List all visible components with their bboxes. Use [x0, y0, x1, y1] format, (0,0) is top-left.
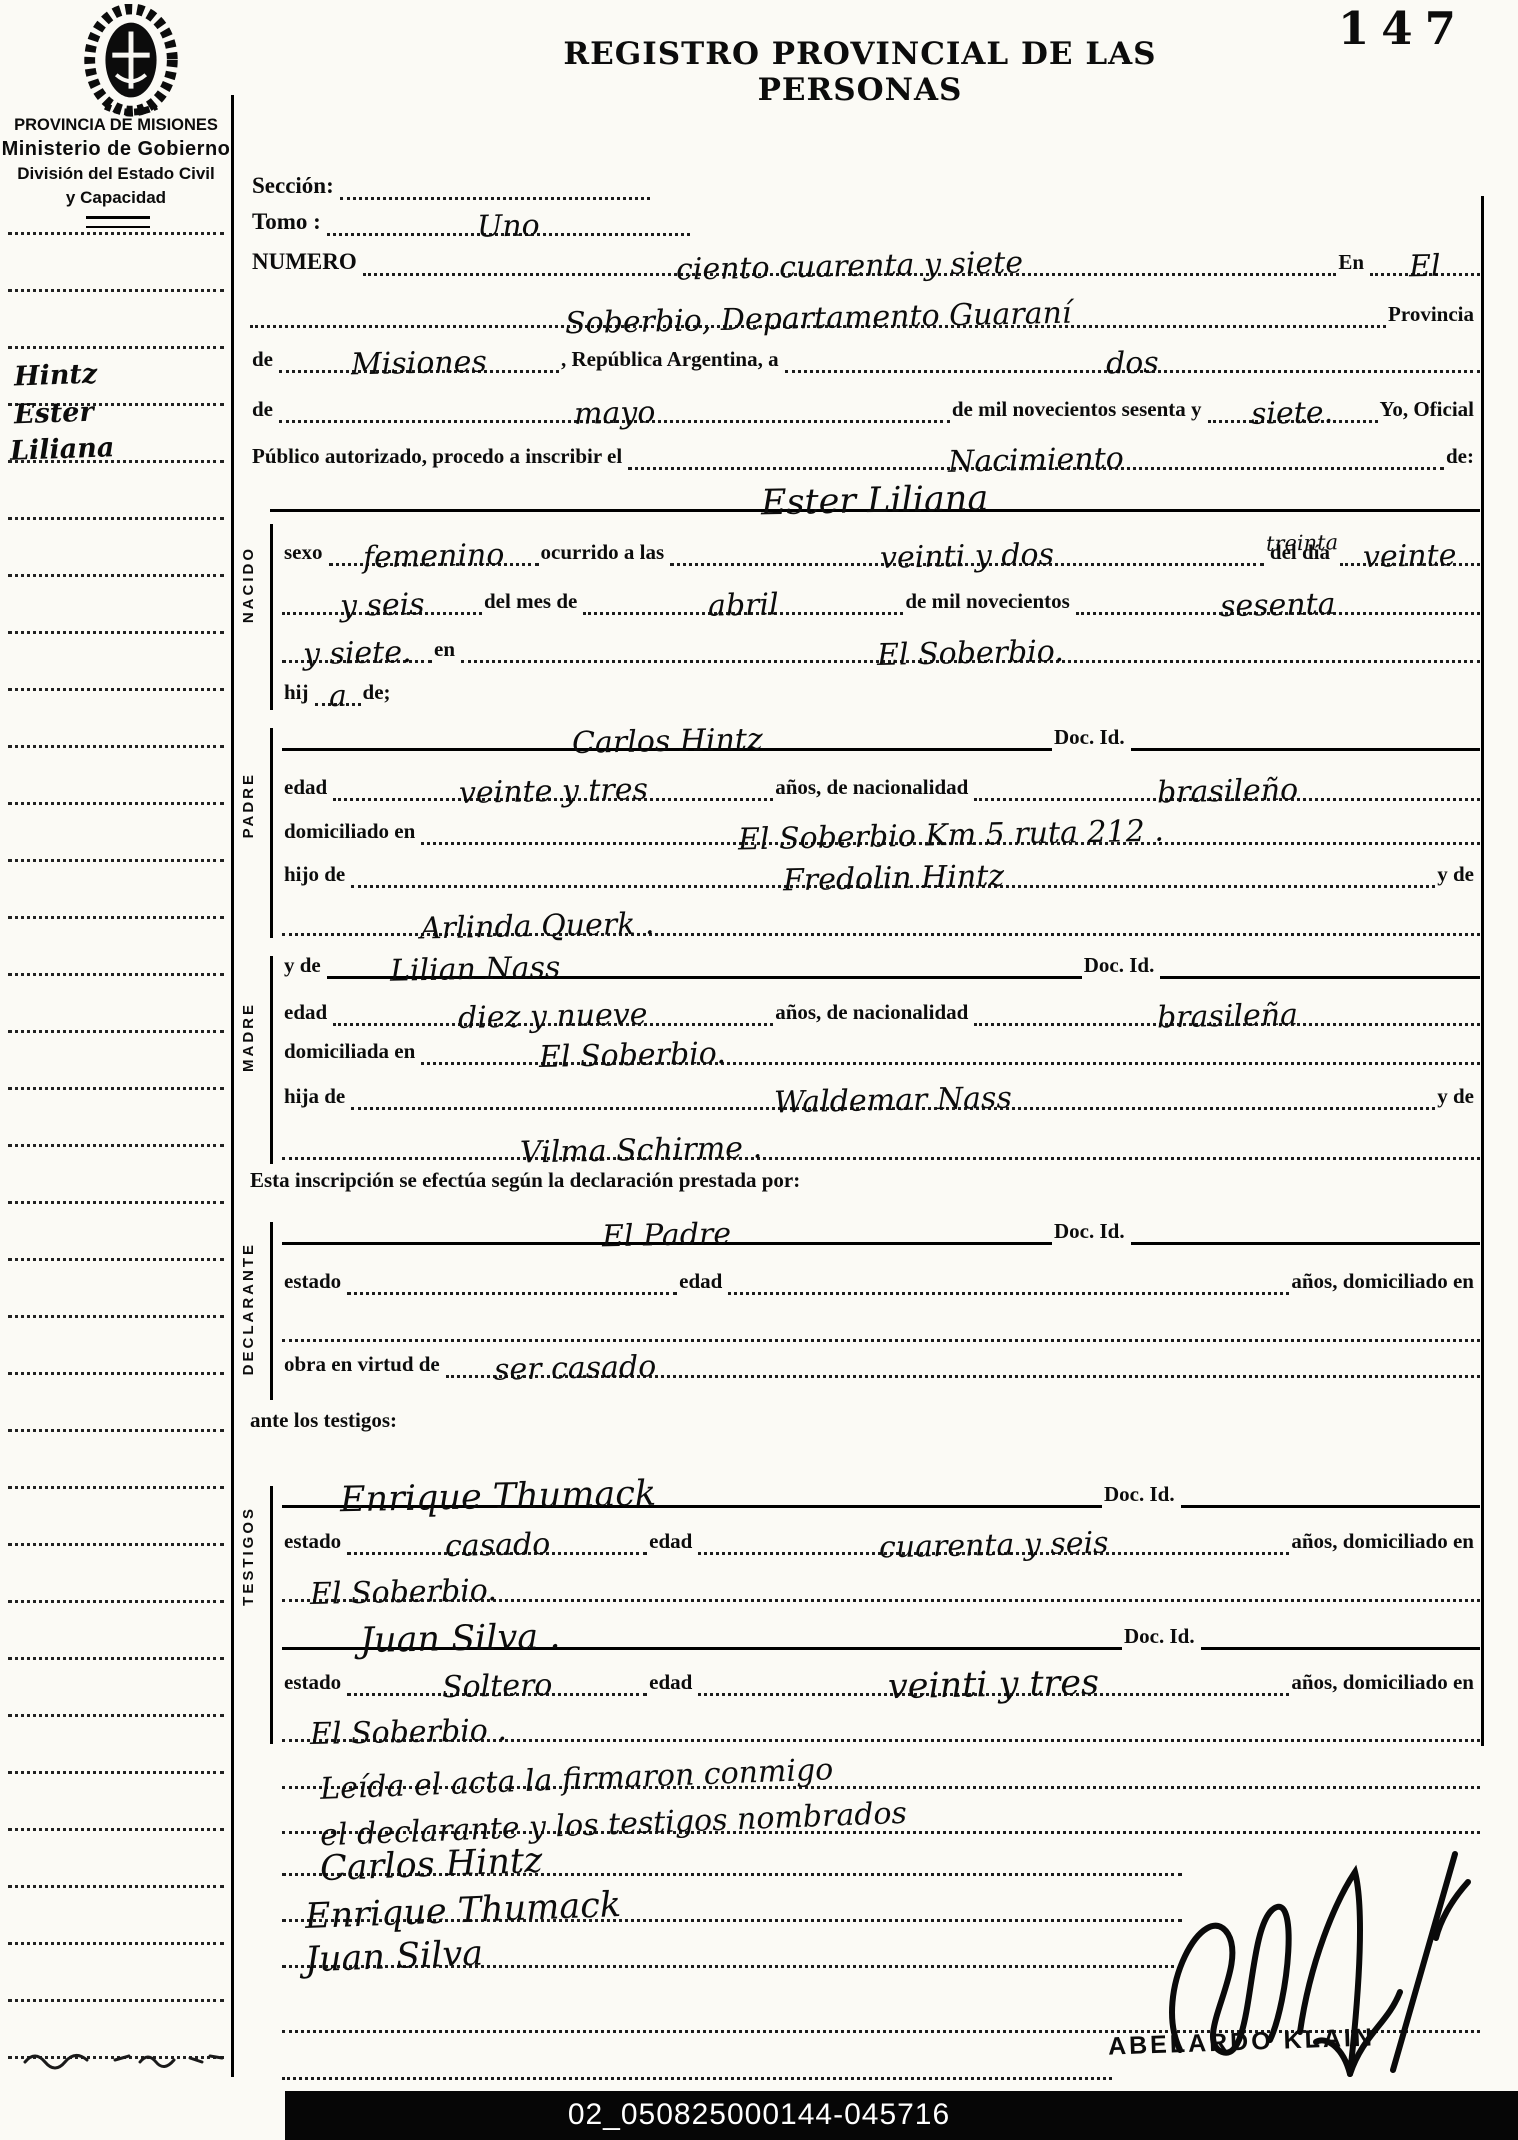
margin-dotted-line: [8, 1372, 224, 1375]
provincia-row: de Misiones , República Argentina, a dos: [250, 325, 1480, 373]
testigo2-estado-dotted-line: Soltero: [347, 1669, 647, 1696]
declarante-section-label: DECLARANTE: [240, 1242, 257, 1375]
madre-abuela-value: Vilma Schirme .: [512, 1136, 771, 1165]
testigo2-nombre-line: Juan Silva .: [282, 1619, 1122, 1650]
margin-dotted-line: [8, 688, 224, 691]
margin-middlename: Liliana: [9, 432, 114, 467]
firma1-dotted-line: Carlos Hintz: [282, 1845, 1182, 1876]
margin-dotted-line: [8, 1828, 224, 1831]
fecha-row: de mayo de mil novecientos sesenta y sie…: [250, 375, 1480, 423]
padre-y-de-label: y de: [1435, 864, 1480, 888]
declarante-value: El Padre: [594, 1222, 740, 1249]
document-title: REGISTRO PROVINCIAL DE LAS PERSONAS: [470, 36, 1250, 108]
testigo2-doc-id-label: Doc. Id.: [1122, 1626, 1201, 1650]
numero-row: NUMERO ciento cuarenta y siete En El: [250, 228, 1480, 276]
dia-nac-dotted-line: veinte: [1340, 539, 1480, 566]
birth-certificate-scan: 147 REGISTRO PROVINCIAL DE LAS PERSONAS …: [0, 0, 1518, 2140]
blank-dotted-row-2: [282, 2032, 1112, 2080]
testigos-intro: ante los testigos:: [250, 1408, 397, 1433]
padre-section-rule: [270, 728, 273, 938]
nacido-mes-row: y seis del mes de abril de mil novecient…: [282, 567, 1480, 615]
republica-label: , República Argentina, a: [559, 349, 785, 373]
margin-dotted-line: [8, 1030, 224, 1033]
org-line-3: División del Estado Civil: [0, 164, 232, 184]
nacido-sexo-row: sexo femenino ocurrido a las veinti y do…: [282, 518, 1480, 566]
declarante-row: El Padre Doc. Id.: [282, 1197, 1480, 1245]
hij-row: hij a de;: [282, 658, 702, 706]
padre-abuelo-dotted-line: Fredolin Hintz: [351, 861, 1435, 888]
org-line-1: PROVINCIA DE MISIONES: [0, 116, 232, 135]
sexo-label: sexo: [282, 542, 329, 566]
padre-domicilio-row: domiciliado en El Soberbio Km 5 ruta 212…: [282, 797, 1480, 845]
padre-section-label: PADRE: [240, 772, 257, 838]
hijo-de-label: hijo de: [282, 864, 351, 888]
declarante-line: El Padre: [282, 1218, 1052, 1245]
firma2-dotted-line: Enrique Thumack: [282, 1891, 1182, 1922]
madre-section-rule: [270, 956, 273, 1164]
firma3-dotted-line: Juan Silva: [282, 1937, 1182, 1968]
padre-doc-line: [1131, 748, 1480, 751]
org-line-2: Ministerio de Gobierno: [0, 138, 232, 161]
org-line-4: y Capacidad: [0, 188, 232, 208]
nacido-lugar-row: y siete. en El Soberbio.: [282, 615, 1480, 663]
declarante-domicilio-label: años, domiciliado en: [1289, 1271, 1480, 1295]
margin-dotted-line: [8, 1486, 224, 1489]
en-dotted-line: El: [1370, 249, 1480, 276]
inscripto-line: Ester Liliana: [270, 481, 1480, 512]
madre-nombre-row: y de Lilian Nass Doc. Id.: [282, 931, 1480, 979]
padre-doc-id-label: Doc. Id.: [1052, 727, 1131, 751]
provincia-value: Misiones: [343, 350, 495, 377]
testigo2-edad-dotted-line: veinti y tres: [698, 1665, 1289, 1696]
declarante-edad-label: edad: [677, 1271, 728, 1295]
firma1-row: Carlos Hintz: [282, 1828, 1182, 1876]
margin-dotted-line: [8, 1543, 224, 1546]
hora-sup-value: treinta: [1264, 534, 1340, 552]
madre-abuela-dotted-line: Vilma Schirme .: [282, 1133, 1480, 1160]
margin-dotted-line: [8, 631, 224, 634]
coat-of-arms-icon: [72, 4, 190, 122]
firma3-row: Juan Silva: [282, 1920, 1182, 1968]
declarante-doc-line: [1131, 1242, 1480, 1245]
testigo2-edad-label: edad: [647, 1672, 698, 1696]
declarante-estado-row: estado edad años, domiciliado en: [282, 1247, 1480, 1295]
margin-dotted-line: [8, 1942, 224, 1945]
madre-y-de2-label: y de: [1435, 1086, 1480, 1110]
testigo1-estado-dotted-line: casado: [347, 1528, 647, 1555]
declaracion-intro: Esta inscripción se efectúa según la dec…: [250, 1168, 800, 1193]
margin-dotted-line: [8, 1999, 224, 2002]
hij-dotted-line: a: [315, 679, 361, 706]
nacido-section-rule: [270, 524, 273, 710]
testigo2-estado-row: estado Soltero edad veinti y tres años, …: [282, 1648, 1480, 1696]
testigo1-edad-dotted-line: cuarenta y seis: [698, 1528, 1289, 1555]
margin-dotted-line: [8, 574, 224, 577]
testigos-section-label: TESTIGOS: [240, 1506, 257, 1606]
blank-dotted-line-2: [282, 2077, 1112, 2080]
margin-scribble: [20, 2042, 230, 2072]
testigo2-estado-label: estado: [282, 1672, 347, 1696]
obra-label: obra en virtud de: [282, 1354, 446, 1378]
testigo1-edad-label: edad: [647, 1531, 698, 1555]
testigo2-domicilio-label: años, domiciliado en: [1289, 1672, 1480, 1696]
obra-dotted-line: ser casado: [446, 1351, 1480, 1378]
margin-dotted-line: [8, 1087, 224, 1090]
lugar-row: Soberbio, Departamento Guaraní Provincia: [250, 280, 1480, 328]
de-label-2: de: [250, 399, 279, 423]
testigo1-estado-row: estado casado edad cuarenta y seis años,…: [282, 1507, 1480, 1555]
lugar-dotted-line: Soberbio, Departamento Guaraní: [250, 301, 1386, 328]
margin-dotted-line: [8, 289, 224, 292]
padre-edad-row: edad veinte y tres años, de nacionalidad…: [282, 753, 1480, 801]
padre-nombre-row: Carlos Hintz Doc. Id.: [282, 703, 1480, 751]
madre-section-label: MADRE: [240, 1002, 257, 1072]
firma3-signature: Juan Silva: [297, 1939, 492, 1974]
del-mes-label: del mes de: [482, 591, 583, 615]
inscripto-row: Ester Liliana: [270, 464, 1480, 512]
anio-nac-dotted-line: sesenta: [1076, 588, 1480, 615]
dia-dotted-line: dos: [785, 346, 1480, 373]
testigo1-domicilio-dotted-line: El Soberbio.: [282, 1575, 1480, 1602]
padre-nombre: Carlos Hintz: [563, 728, 770, 756]
dia-cont-dotted-line: y seis: [282, 588, 482, 615]
margin-dotted-line: [8, 859, 224, 862]
margin-dotted-line: [8, 916, 224, 919]
testigo2-domicilio-dotted-line: El Soberbio .: [282, 1715, 1480, 1742]
testigo1-nombre-row: Enrique Thumack Doc. Id.: [282, 1460, 1480, 1508]
hora-label: ocurrido a las: [539, 542, 671, 566]
madre-domicilio-dotted-line: El Soberbio.: [421, 1038, 1480, 1065]
numero-value: ciento cuarenta y siete: [668, 251, 1032, 283]
margin-dotted-line: [8, 802, 224, 805]
margin-dotted-line: [8, 346, 224, 349]
dia-value: dos: [1098, 351, 1167, 376]
margin-dotted-line: [8, 1429, 224, 1432]
margin-dotted-line: [8, 1144, 224, 1147]
margin-dotted-line: [8, 1600, 224, 1603]
firma2-row: Enrique Thumack: [282, 1874, 1182, 1922]
margin-dotted-line: [8, 1771, 224, 1774]
madre-domicilio-row: domiciliada en El Soberbio.: [282, 1017, 1480, 1065]
numero-dotted-line: ciento cuarenta y siete: [363, 249, 1337, 276]
mes-dotted-line: mayo: [279, 396, 950, 423]
obra-row: obra en virtud de ser casado: [282, 1330, 1480, 1378]
padre-nombre-line: Carlos Hintz: [282, 724, 1052, 751]
padre-abuelo-row: hijo de Fredolin Hintz y de: [282, 840, 1480, 888]
cierre-linea1-dotted-line: Leída el acta la firmaron conmigo: [282, 1762, 1480, 1789]
padre-abuela-row: Arlinda Querk .: [282, 888, 1480, 936]
margin-dotted-line: [8, 745, 224, 748]
footer-code: 02_050825000144-045716: [0, 2098, 1518, 2132]
margin-surname: Hintz: [13, 359, 97, 393]
margin-dotted-line: [8, 232, 224, 235]
provincia-dotted-line: Misiones: [279, 346, 559, 373]
declarante-estado-label: estado: [282, 1271, 347, 1295]
testigo1-nombre-line: Enrique Thumack: [282, 1477, 1102, 1508]
margin-dotted-line: [8, 1258, 224, 1261]
testigo1-estado-label: estado: [282, 1531, 347, 1555]
margin-firstname: Ester: [13, 397, 94, 431]
testigo1-domicilio-label: años, domiciliado en: [1289, 1531, 1480, 1555]
cierre-linea1-row: Leída el acta la firmaron conmigo: [282, 1741, 1480, 1789]
madre-y-de-label: y de: [282, 955, 327, 979]
oficial-label: Yo, Oficial: [1378, 399, 1481, 423]
margin-dotted-line: [8, 1315, 224, 1318]
obra-value: ser casado: [486, 1355, 665, 1383]
de-label-1: de: [250, 349, 279, 373]
margin-dotted-line: [8, 1885, 224, 1888]
main-divider-line: [231, 95, 234, 2077]
inscripto-name: Ester Liliana: [753, 484, 997, 517]
testigo1-doc-id-label: Doc. Id.: [1102, 1484, 1181, 1508]
cierre-linea2-row: el declarante y los testigos nombrados: [282, 1786, 1480, 1834]
declarante-section-rule: [270, 1222, 273, 1400]
hora-sup-stack: treinta del día: [1264, 525, 1340, 566]
testigos-section-rule: [270, 1486, 273, 1744]
form-right-border: [1481, 196, 1484, 1746]
hora-dotted-line: veinti y dos: [670, 539, 1264, 566]
declarante-doc-id-label: Doc. Id.: [1052, 1221, 1131, 1245]
numero-label: NUMERO: [250, 250, 363, 276]
testigo1-domicilio-row: El Soberbio.: [282, 1554, 1480, 1602]
lugar-nac-value: El Soberbio.: [869, 640, 1072, 668]
nacido-section-label: NACIDO: [240, 546, 257, 623]
acto-row: Público autorizado, procedo a inscribir …: [250, 422, 1480, 470]
madre-abuelo-dotted-line: Waldemar Nass: [351, 1083, 1435, 1110]
divider-double-line: [86, 216, 150, 228]
anio-dotted-line: siete.: [1208, 396, 1378, 423]
margin-dotted-line: [8, 1201, 224, 1204]
testigo2-nombre-row: Juan Silva . Doc. Id.: [282, 1602, 1480, 1650]
madre-abuela-row: Vilma Schirme .: [282, 1112, 1480, 1160]
de-mil-label: de mil novecientos: [903, 591, 1075, 615]
mes-nac-dotted-line: abril: [583, 588, 903, 615]
hija-de-label: hija de: [282, 1086, 351, 1110]
margin-dotted-line: [8, 517, 224, 520]
madre-abuelo-row: hija de Waldemar Nass y de: [282, 1062, 1480, 1110]
madre-nombre-line: Lilian Nass: [327, 952, 1082, 979]
page-number: 147: [1338, 2, 1468, 55]
margin-dotted-line: [8, 973, 224, 976]
en-label: En: [1336, 252, 1370, 276]
madre-doc-id-label: Doc. Id.: [1082, 955, 1161, 979]
margin-dotted-line: [8, 1657, 224, 1660]
anio-label: de mil novecientos sesenta y: [950, 399, 1208, 423]
sexo-dotted-line: femenino: [329, 539, 539, 566]
testigo2-domicilio-row: El Soberbio .: [282, 1694, 1480, 1742]
margin-dotted-line: [8, 1714, 224, 1717]
en-value: El: [1401, 255, 1449, 280]
